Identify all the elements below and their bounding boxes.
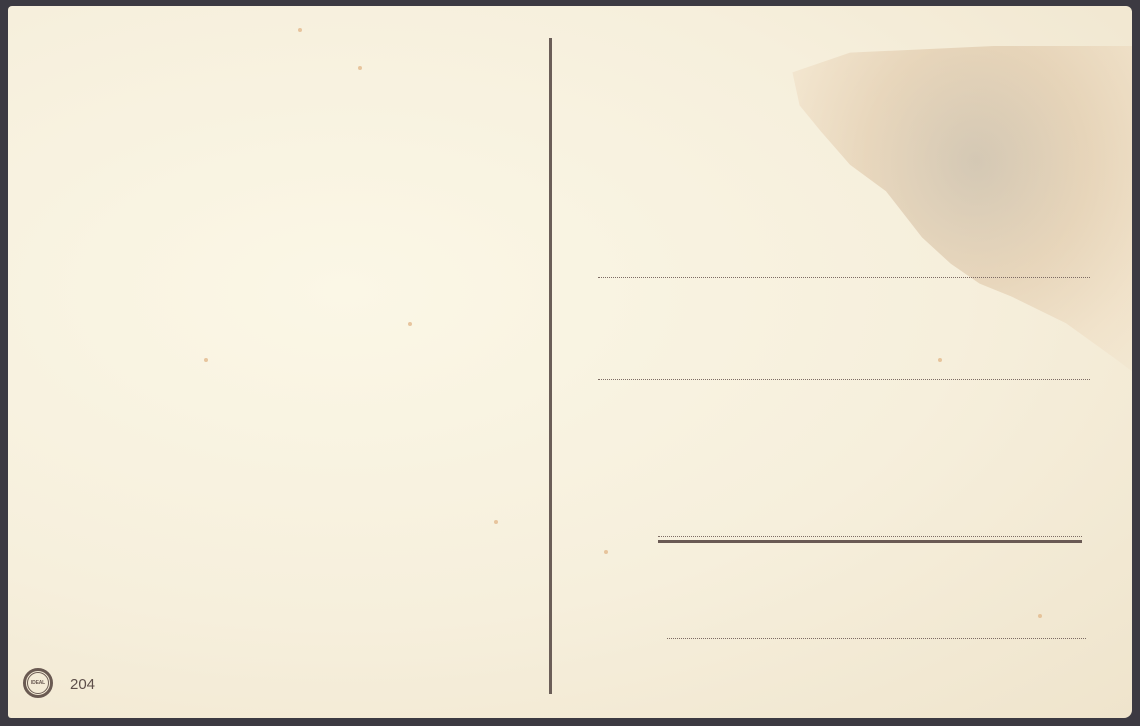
address-line-3-top <box>658 536 1082 537</box>
foxing-spot <box>204 358 208 362</box>
foxing-spot <box>408 322 412 326</box>
foxing-spot <box>494 520 498 524</box>
address-line-3 <box>658 540 1082 543</box>
address-line-4 <box>667 638 1086 639</box>
foxing-spot <box>298 28 302 32</box>
logo-text: IDEAL <box>27 672 49 694</box>
water-stain <box>778 46 1132 376</box>
foxing-spot <box>604 550 608 554</box>
divider-line <box>549 38 552 694</box>
address-line-2 <box>598 379 1090 380</box>
ideal-publisher-emblem-icon: IDEAL <box>23 668 53 698</box>
postcard-back: IDEAL 204 <box>8 6 1132 718</box>
foxing-spot <box>1038 614 1042 618</box>
foxing-spot <box>358 66 362 70</box>
foxing-spot <box>938 358 942 362</box>
card-number: 204 <box>70 676 95 693</box>
address-line-1 <box>598 277 1090 278</box>
